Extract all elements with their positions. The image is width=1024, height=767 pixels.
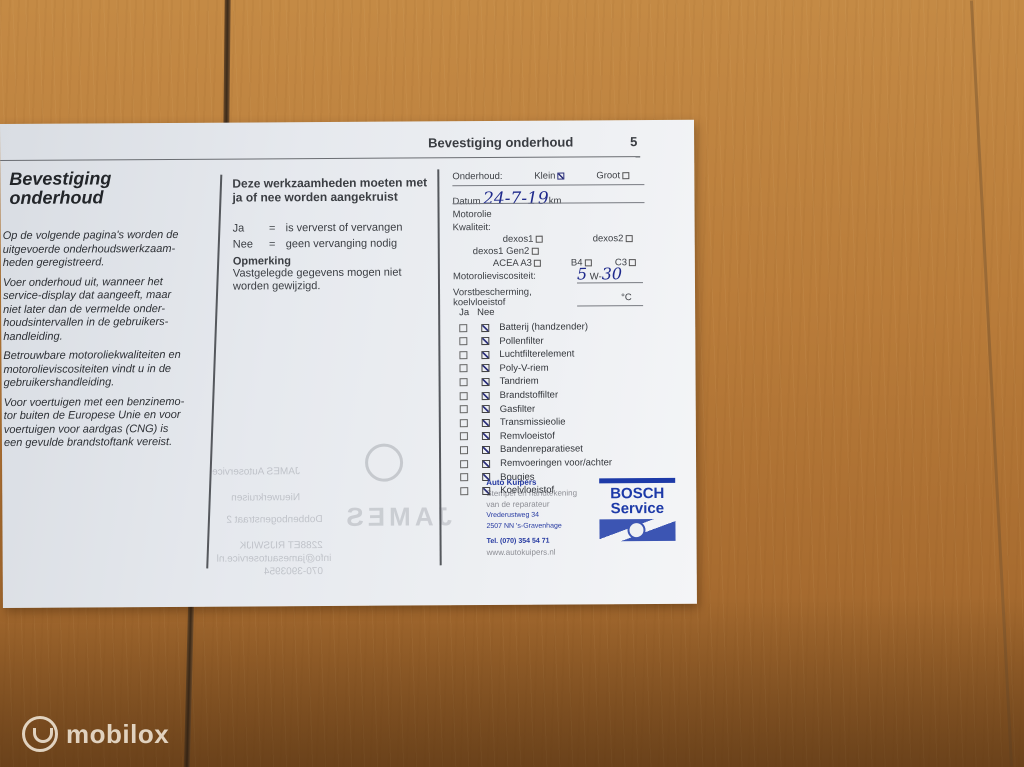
checklist-item-label: Tandriem: [500, 376, 539, 387]
nee-checkbox[interactable]: [482, 432, 490, 440]
nee-checkbox[interactable]: [481, 337, 489, 345]
nee-checkbox[interactable]: [482, 446, 490, 454]
section-title: Bevestiging onderhoud: [9, 169, 205, 208]
checklist-item-label: Batterij (handzender): [499, 321, 588, 333]
nee-checkbox[interactable]: [482, 419, 490, 427]
ghost-stamp-address: Dobbenbogenstraat 2 2288ET RIJSWIJK 070-…: [226, 500, 323, 592]
nee-checkbox[interactable]: [482, 378, 490, 386]
ja-checkbox[interactable]: [459, 324, 467, 332]
nee-checkbox[interactable]: [482, 460, 490, 468]
checklist-item-label: Gasfilter: [500, 403, 535, 414]
dealer-website: www.autokuipers.nl: [487, 546, 587, 558]
watermark-text: mobilox: [66, 719, 169, 750]
ja-checkbox[interactable]: [459, 337, 467, 345]
legend-row-ja: Ja = is ververst of vervangen: [233, 219, 433, 236]
checklist-item: Brandstoffilter: [460, 389, 559, 403]
ja-checkbox[interactable]: [459, 364, 467, 372]
checklist-item-label: Remvoeringen voor/achter: [500, 457, 612, 469]
watermark: mobilox: [22, 716, 169, 752]
checklist-item: Pollenfilter: [459, 334, 543, 348]
nee-checkbox[interactable]: [481, 364, 489, 372]
checklist-item: Batterij (handzender): [459, 320, 588, 334]
checklist-item-label: Transmissieolie: [500, 417, 566, 428]
dealer-street: Vrederustweg 34: [486, 509, 586, 521]
stamp-caption: Stempel en handtekening van de reparateu…: [486, 487, 586, 510]
ghost-stamp-email: info@jamesautoservice.nl: [217, 552, 332, 566]
instructions-heading: Deze werkzaamheden moeten met ja of nee …: [232, 175, 432, 204]
maintenance-checklist: Ja Nee Batterij (handzender)Pollenfilter…: [452, 120, 654, 521]
ja-checkbox[interactable]: [460, 405, 468, 413]
checklist-item: Remvloeistof: [460, 429, 555, 443]
nee-checkbox[interactable]: [481, 324, 489, 332]
mobilox-logo-icon: [22, 716, 58, 752]
intro-column: Bevestiging onderhoud Op de volgende pag…: [0, 169, 207, 451]
checklist-item: Transmissieolie: [460, 416, 566, 430]
nee-checkbox[interactable]: [482, 392, 490, 400]
checklist-item-label: Remvloeistof: [500, 430, 555, 441]
checklist-item: Bandenreparatieset: [460, 443, 583, 457]
checklist-header: Ja Nee: [459, 307, 494, 318]
checklist-item-label: Bandenreparatieset: [500, 444, 583, 456]
checklist-item-label: Luchtfilterelement: [499, 349, 574, 360]
legend-row-nee: Nee = geen vervanging nodig: [233, 235, 433, 252]
ja-checkbox[interactable]: [460, 446, 468, 454]
ja-checkbox[interactable]: [460, 392, 468, 400]
intro-paragraph: Betrouwbare motoroliekwaliteiten en moto…: [3, 349, 206, 391]
checklist-item: Remvoeringen voor/achter: [460, 456, 612, 470]
intro-paragraph: Op de volgende pagina's worden de uitgev…: [3, 229, 206, 271]
dealer-name: Auto Kuipers: [486, 476, 586, 488]
intro-paragraph: Voer onderhoud uit, wanneer het service-…: [3, 275, 206, 344]
ghost-stamp-brand: JAMES: [342, 501, 452, 533]
checklist-item: Luchtfilterelement: [459, 348, 574, 362]
legend: Ja = is ververst of vervangen Nee = geen…: [233, 219, 433, 252]
remark-text: Vastgelegde gegevens mogen niet worden g…: [233, 266, 433, 293]
ghost-stamp-logo-icon: [365, 444, 403, 482]
ja-checkbox[interactable]: [460, 378, 468, 386]
intro-paragraph: Voor voertuigen met een benzinemo- tor b…: [4, 395, 207, 450]
ja-checkbox[interactable]: [460, 419, 468, 427]
checklist-item: Gasfilter: [460, 402, 535, 415]
ja-checkbox[interactable]: [459, 351, 467, 359]
ja-checkbox[interactable]: [460, 473, 468, 481]
checklist-item: Tandriem: [460, 375, 539, 388]
dealer-city: 2507 NN 's-Gravenhage: [486, 520, 586, 532]
checklist-item-label: Pollenfilter: [499, 335, 543, 346]
floorboard-seam: [223, 0, 230, 130]
service-booklet-page: Bevestiging onderhoud 5 Bevestiging onde…: [0, 120, 697, 608]
ja-checkbox[interactable]: [460, 432, 468, 440]
nee-checkbox[interactable]: [481, 351, 489, 359]
checklist-item: Poly-V-riem: [459, 361, 548, 375]
checklist-item-label: Brandstoffilter: [500, 390, 559, 401]
ja-checkbox[interactable]: [460, 460, 468, 468]
dealer-phone: Tel. (070) 354 54 71: [487, 535, 587, 547]
checklist-item-label: Poly-V-riem: [499, 362, 548, 373]
bosch-anchor-icon: [627, 521, 645, 539]
nee-checkbox[interactable]: [482, 405, 490, 413]
dealer-stamp: Auto Kuipers Stempel en handtekening van…: [486, 476, 586, 558]
bosch-service-logo: BOSCH Service: [599, 478, 675, 556]
instructions-column: Deze werkzaamheden moeten met ja of nee …: [232, 175, 433, 293]
ja-checkbox[interactable]: [460, 487, 468, 495]
